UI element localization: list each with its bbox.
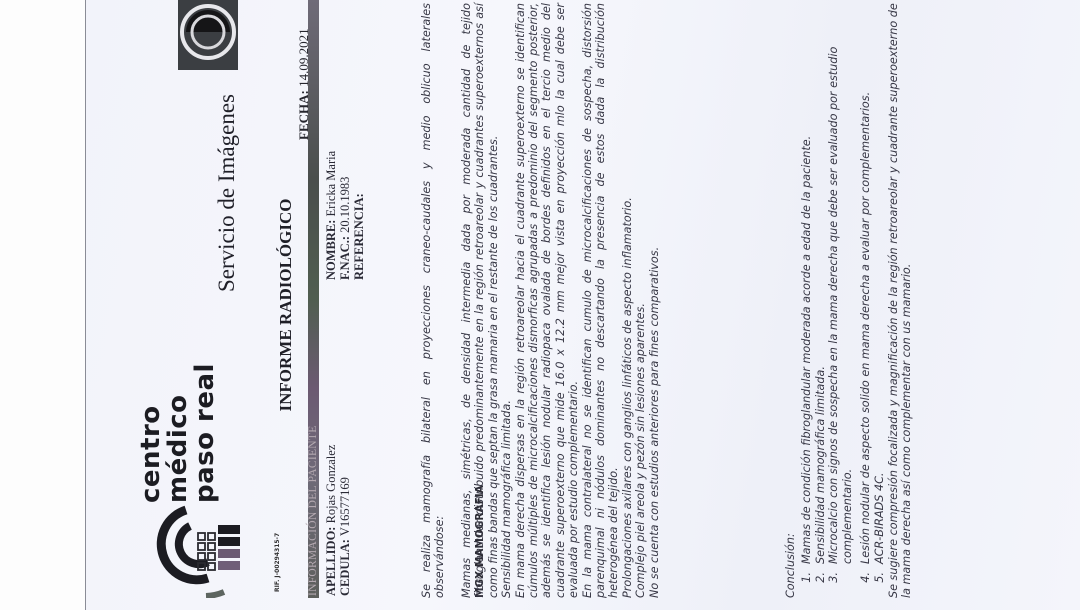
finding-paragraph: En la mama contralateral no se identific… xyxy=(581,3,621,598)
conclusion-text: Sensibilidad mamográfica limitada. xyxy=(814,366,828,564)
report-title: INFORME RADIOLÓGICO xyxy=(276,0,296,610)
conclusion-text: Microcalcio con signos de sospecha en la… xyxy=(827,0,854,564)
apellido-value: Rojas Gonzalez xyxy=(324,445,338,524)
conclusion-item: 4. Lesión nodular de aspecto solido en m… xyxy=(859,0,873,598)
study-intro: Se realiza mamografía bilateral en proye… xyxy=(420,3,447,598)
finding-paragraph: No se cuenta con estudios anteriores par… xyxy=(648,3,661,598)
service-title: Servicio de Imágenes xyxy=(214,94,240,292)
conclusion-item: 1. Mamas de condición fibroglandular mod… xyxy=(800,0,814,598)
patient-cedula: CEDULA: V16577169 xyxy=(338,477,352,596)
patient-fnac: F.NAC.: 20.10.1983 xyxy=(338,177,352,280)
report-page: centro médico paso real RIF. J-00294315-… xyxy=(86,0,1080,610)
referencia-label: REFERENCIA: xyxy=(352,193,366,280)
finding-paragraph: En mama derecha dispersas en la región r… xyxy=(514,3,581,598)
conclusion-text: Lesión nodular de aspecto solido en mama… xyxy=(859,92,873,564)
conclusion-list: 1. Mamas de condición fibroglandular mod… xyxy=(800,0,914,598)
conclusion-item: 2. Sensibilidad mamográfica limitada. xyxy=(814,0,828,598)
patient-apellido: APELLIDO: Rojas Gonzalez xyxy=(324,445,338,596)
conclusion-number: 5. xyxy=(873,564,887,598)
clinic-name-line: centro xyxy=(138,363,165,503)
conclusion-number: 1. xyxy=(800,564,814,598)
patient-referencia: REFERENCIA: xyxy=(352,193,366,280)
conclusion-text: Mamas de condición fibroglandular modera… xyxy=(800,136,814,564)
cedula-value: V16577169 xyxy=(338,477,352,536)
conclusion-number: 4. xyxy=(859,564,873,598)
corner-logo-icon xyxy=(178,0,238,70)
fnac-label: F.NAC.: xyxy=(338,236,352,280)
intro-paragraph: Se realiza mamografía bilateral en proye… xyxy=(420,3,447,598)
clinic-name-line: paso real xyxy=(192,363,219,503)
nombre-label: NOMBRE: xyxy=(324,220,338,280)
patient-nombre: NOMBRE: Ericka Maria xyxy=(324,151,338,280)
patient-info-heading: INFORMACIÓN DEL PACIENTE xyxy=(307,425,319,596)
finding-paragraph: Sensibilidad mamográfica limitada. xyxy=(500,3,513,598)
study-findings: Mamas medianas, simétricas, de densidad … xyxy=(460,3,661,598)
conclusion-number: 2. xyxy=(814,564,828,598)
conclusion-number: 3. xyxy=(827,564,854,598)
conclusion-item: 5. ACR-BIRADS 4C. xyxy=(873,0,887,598)
scanner-margin xyxy=(0,0,85,610)
fnac-value: 20.10.1983 xyxy=(338,177,352,233)
finding-paragraph: Mamas medianas, simétricas, de densidad … xyxy=(460,3,500,598)
conclusion-text: ACR-BIRADS 4C. xyxy=(873,473,887,564)
clinic-logo: centro médico paso real RIF. J-00294315-… xyxy=(138,328,248,598)
clinic-name: centro médico paso real xyxy=(138,363,219,503)
clinic-logo-icon xyxy=(146,493,242,598)
conclusion-item: 3. Microcalcio con signos de sospecha en… xyxy=(827,0,854,598)
conclusion-suggestion: Se sugiere compresión focalizada y magni… xyxy=(887,0,914,598)
clinic-name-line: médico xyxy=(165,363,192,503)
finding-paragraph: Prolongaciones axilares con ganglios lin… xyxy=(621,3,634,598)
apellido-label: APELLIDO: xyxy=(324,527,338,596)
nombre-value: Ericka Maria xyxy=(324,151,338,217)
cedula-label: CEDULA: xyxy=(338,539,352,596)
conclusion-title: Conclusión: xyxy=(784,533,797,598)
finding-paragraph: Complejo piel areola y pezón sin lesione… xyxy=(634,3,647,598)
